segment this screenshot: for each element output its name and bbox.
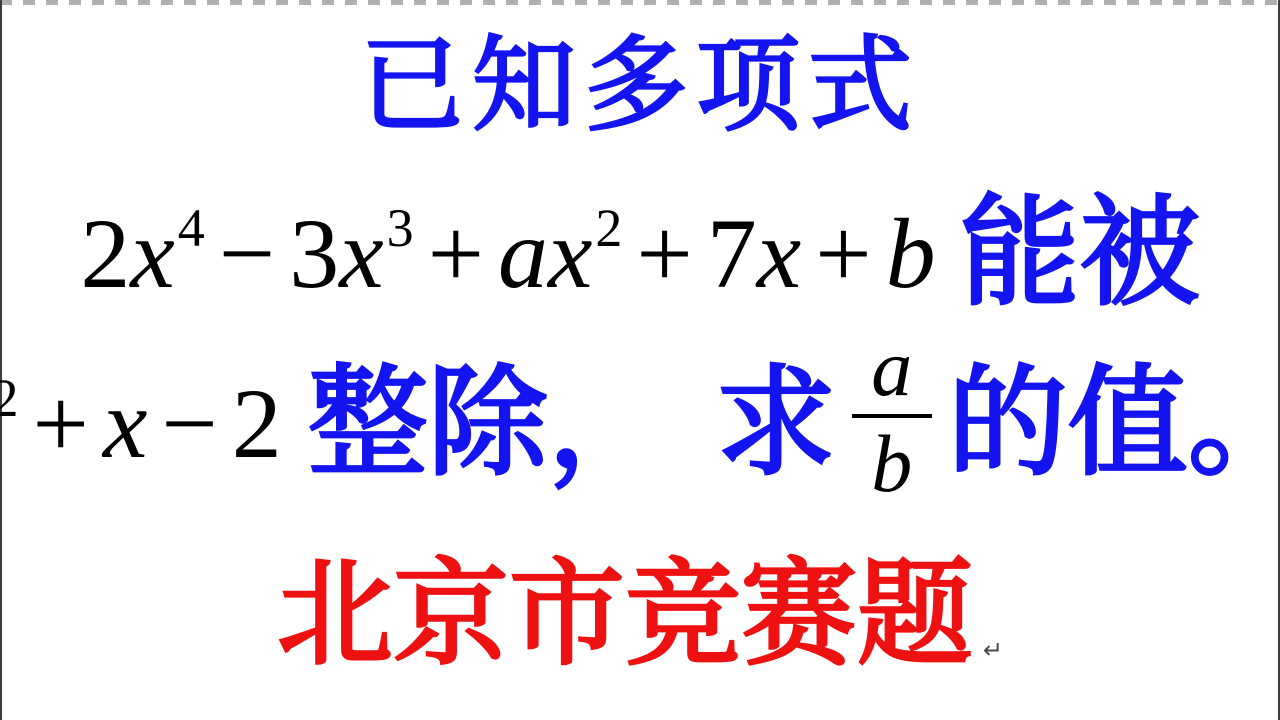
math-token: x — [130, 198, 174, 309]
math-operator: + — [815, 198, 871, 309]
math-operator: + — [428, 198, 484, 309]
math-token: x — [339, 198, 383, 309]
text-find: 求 — [716, 364, 836, 484]
math-token: 3 — [289, 198, 339, 309]
math-operator: + — [636, 198, 692, 309]
math-token: b — [886, 198, 936, 309]
text-divisible-comma: 整除， — [308, 364, 668, 484]
source-caption-line: 北京市竞赛题 ↵ — [0, 546, 1280, 686]
problem-title: 已知多项式 — [0, 30, 1280, 144]
text-the-value-of: 的值。 — [948, 364, 1280, 484]
math-token: x — [103, 368, 147, 479]
math-exponent: 4 — [178, 198, 205, 258]
math-token: 2 — [232, 368, 282, 479]
statement-line-1: 2x4−3x3+ax2+7x+b 能被 — [0, 178, 1280, 330]
divisor-polynomial-formula: x2+x−2 — [0, 374, 282, 474]
math-token: 7 — [707, 198, 757, 309]
math-exponent: 2 — [0, 368, 19, 428]
fraction-denominator: b — [871, 425, 912, 503]
math-exponent: 3 — [387, 198, 414, 258]
dividend-polynomial-formula: 2x4−3x3+ax2+7x+b — [80, 204, 935, 304]
textbox-dashed-top-border — [0, 0, 1280, 5]
math-operator: − — [161, 368, 217, 479]
text-can-be-divided: 能被 — [960, 194, 1200, 314]
title-text: 已知多项式 — [360, 29, 920, 144]
fraction-a-over-b: a b — [852, 329, 932, 503]
math-exponent: 2 — [595, 198, 622, 258]
source-caption-text: 北京市竞赛题 — [277, 558, 973, 674]
document-page: 已知多项式 2x4−3x3+ax2+7x+b 能被 x2+x−2 整除， 求 a… — [0, 0, 1280, 720]
paragraph-return-mark-icon: ↵ — [983, 636, 1003, 664]
math-token: ax — [498, 198, 592, 309]
math-token: 2 — [80, 198, 130, 309]
math-token: x — [757, 198, 801, 309]
math-operator: + — [33, 368, 89, 479]
math-operator: − — [219, 198, 275, 309]
fraction-numerator: a — [871, 329, 912, 407]
statement-line-2: x2+x−2 整除， 求 a b 的值。 ↵ — [0, 336, 1280, 512]
